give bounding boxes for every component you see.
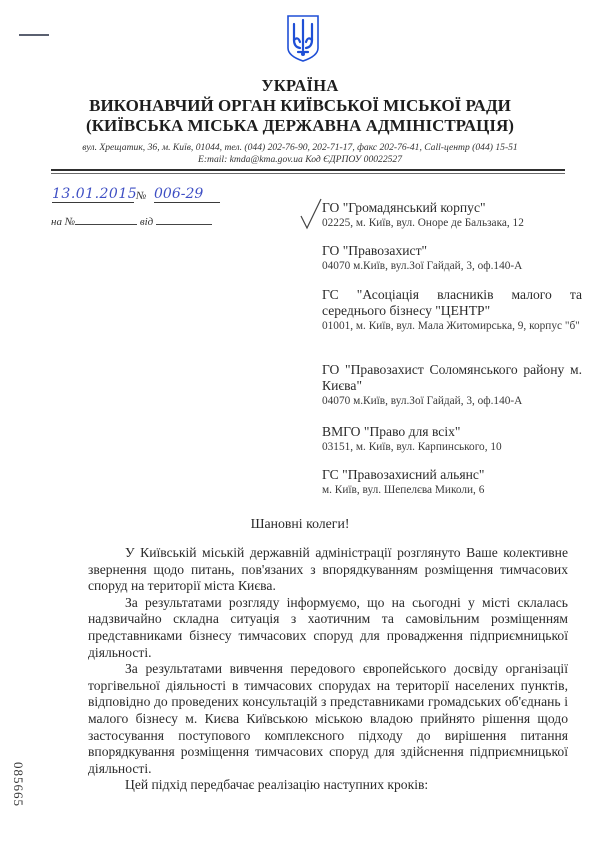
recipient-name: ВМГО "Право для всіх" (322, 424, 582, 440)
registration-date: 13.01.2015 (52, 186, 134, 203)
recipient-name: ГС "Асоціація власників малого та середн… (322, 287, 582, 319)
greeting: Шановні колеги! (0, 516, 600, 532)
country-heading: УКРАЇНА (0, 76, 600, 96)
reference-date-blank (156, 216, 212, 225)
organization-title: ВИКОНАВЧИЙ ОРГАН КИЇВСЬКОЇ МІСЬКОЇ РАДИ (0, 96, 600, 116)
coat-of-arms-icon (286, 14, 320, 62)
reference-number-label: на № (51, 216, 75, 228)
recipient-block: ГО "Правозахист Соломянського району м. … (322, 362, 582, 408)
recipient-block: ГС "Асоціація власників малого та середн… (322, 287, 582, 333)
scan-artifact-mark (19, 34, 49, 36)
recipient-address: 02225, м. Київ, вул. Оноре де Бальзака, … (322, 216, 582, 230)
recipient-block: ГО "Правозахист" 04070 м.Київ, вул.Зої Г… (322, 243, 582, 273)
letter-body: У Київській міській державній адміністра… (88, 545, 568, 794)
recipient-block: ГО "Громадянський корпус" 02225, м. Київ… (322, 200, 582, 230)
recipient-address: 04070 м.Київ, вул.Зої Гайдай, 3, оф.140-… (322, 259, 582, 273)
recipient-name: ГС "Правозахисний альянс" (322, 467, 582, 483)
registration-number: 006-29 (154, 186, 220, 203)
reference-from-label: від (140, 216, 153, 228)
contacts-address: вул. Хрещатик, 36, м. Київ, 01044, тел. … (0, 142, 600, 154)
reference-number-blank (75, 216, 137, 225)
checkmark-icon (300, 198, 322, 230)
contacts-email-code: E:mail: kmda@kma.gov.ua Код ЄДРПОУ 00022… (0, 154, 600, 166)
body-paragraph: За результатами розгляду інформуємо, що … (88, 595, 568, 661)
side-serial-number: 085665 (10, 762, 26, 807)
reference-line: на № від (51, 216, 212, 228)
header-divider-thick (51, 169, 565, 171)
body-paragraph: За результатами вивчення передового євро… (88, 661, 568, 777)
recipient-name: ГО "Громадянський корпус" (322, 200, 582, 216)
registration-number-label: № (136, 190, 146, 202)
body-paragraph: У Київській міській державній адміністра… (88, 545, 568, 595)
recipient-block: ВМГО "Право для всіх" 03151, м. Київ, ву… (322, 424, 582, 454)
recipient-name: ГО "Правозахист" (322, 243, 582, 259)
body-paragraph: Цей підхід передбачає реалізацію наступн… (88, 777, 568, 794)
recipient-block: ГС "Правозахисний альянс" м. Київ, вул. … (322, 467, 582, 497)
recipient-address: 01001, м. Київ, вул. Мала Житомирська, 9… (322, 319, 582, 333)
recipient-address: 04070 м.Київ, вул.Зої Гайдай, 3, оф.140-… (322, 394, 582, 408)
header-divider-thin (51, 173, 565, 174)
recipient-name: ГО "Правозахист Соломянського району м. … (322, 362, 582, 394)
recipient-address: 03151, м. Київ, вул. Карпинського, 10 (322, 440, 582, 454)
organization-subtitle: (КИЇВСЬКА МІСЬКА ДЕРЖАВНА АДМІНІСТРАЦІЯ) (0, 116, 600, 136)
recipient-address: м. Київ, вул. Шепелєва Миколи, 6 (322, 483, 582, 497)
